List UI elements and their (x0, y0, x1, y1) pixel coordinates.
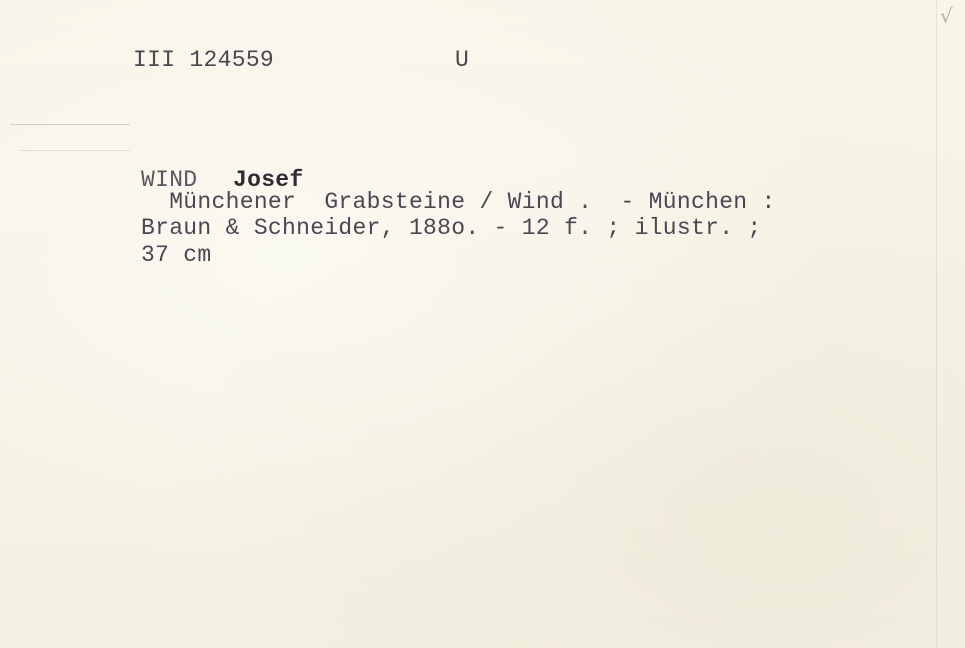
card-edge-shadow (936, 0, 937, 648)
faint-ruled-line (10, 124, 130, 125)
check-mark-icon: √ (940, 4, 953, 28)
publication-details: Braun & Schneider, 188o. - 12 f. ; ilust… (141, 215, 762, 241)
catalog-card: √ III 124559 U WIND Josef Münchener Grab… (0, 0, 965, 648)
call-number: III 124559 (133, 47, 274, 73)
location-code: U (455, 47, 469, 73)
faint-ruled-line (20, 150, 130, 151)
title-statement: Münchener Grabsteine / Wind . - München … (141, 189, 776, 215)
dimensions: 37 cm (141, 242, 212, 268)
